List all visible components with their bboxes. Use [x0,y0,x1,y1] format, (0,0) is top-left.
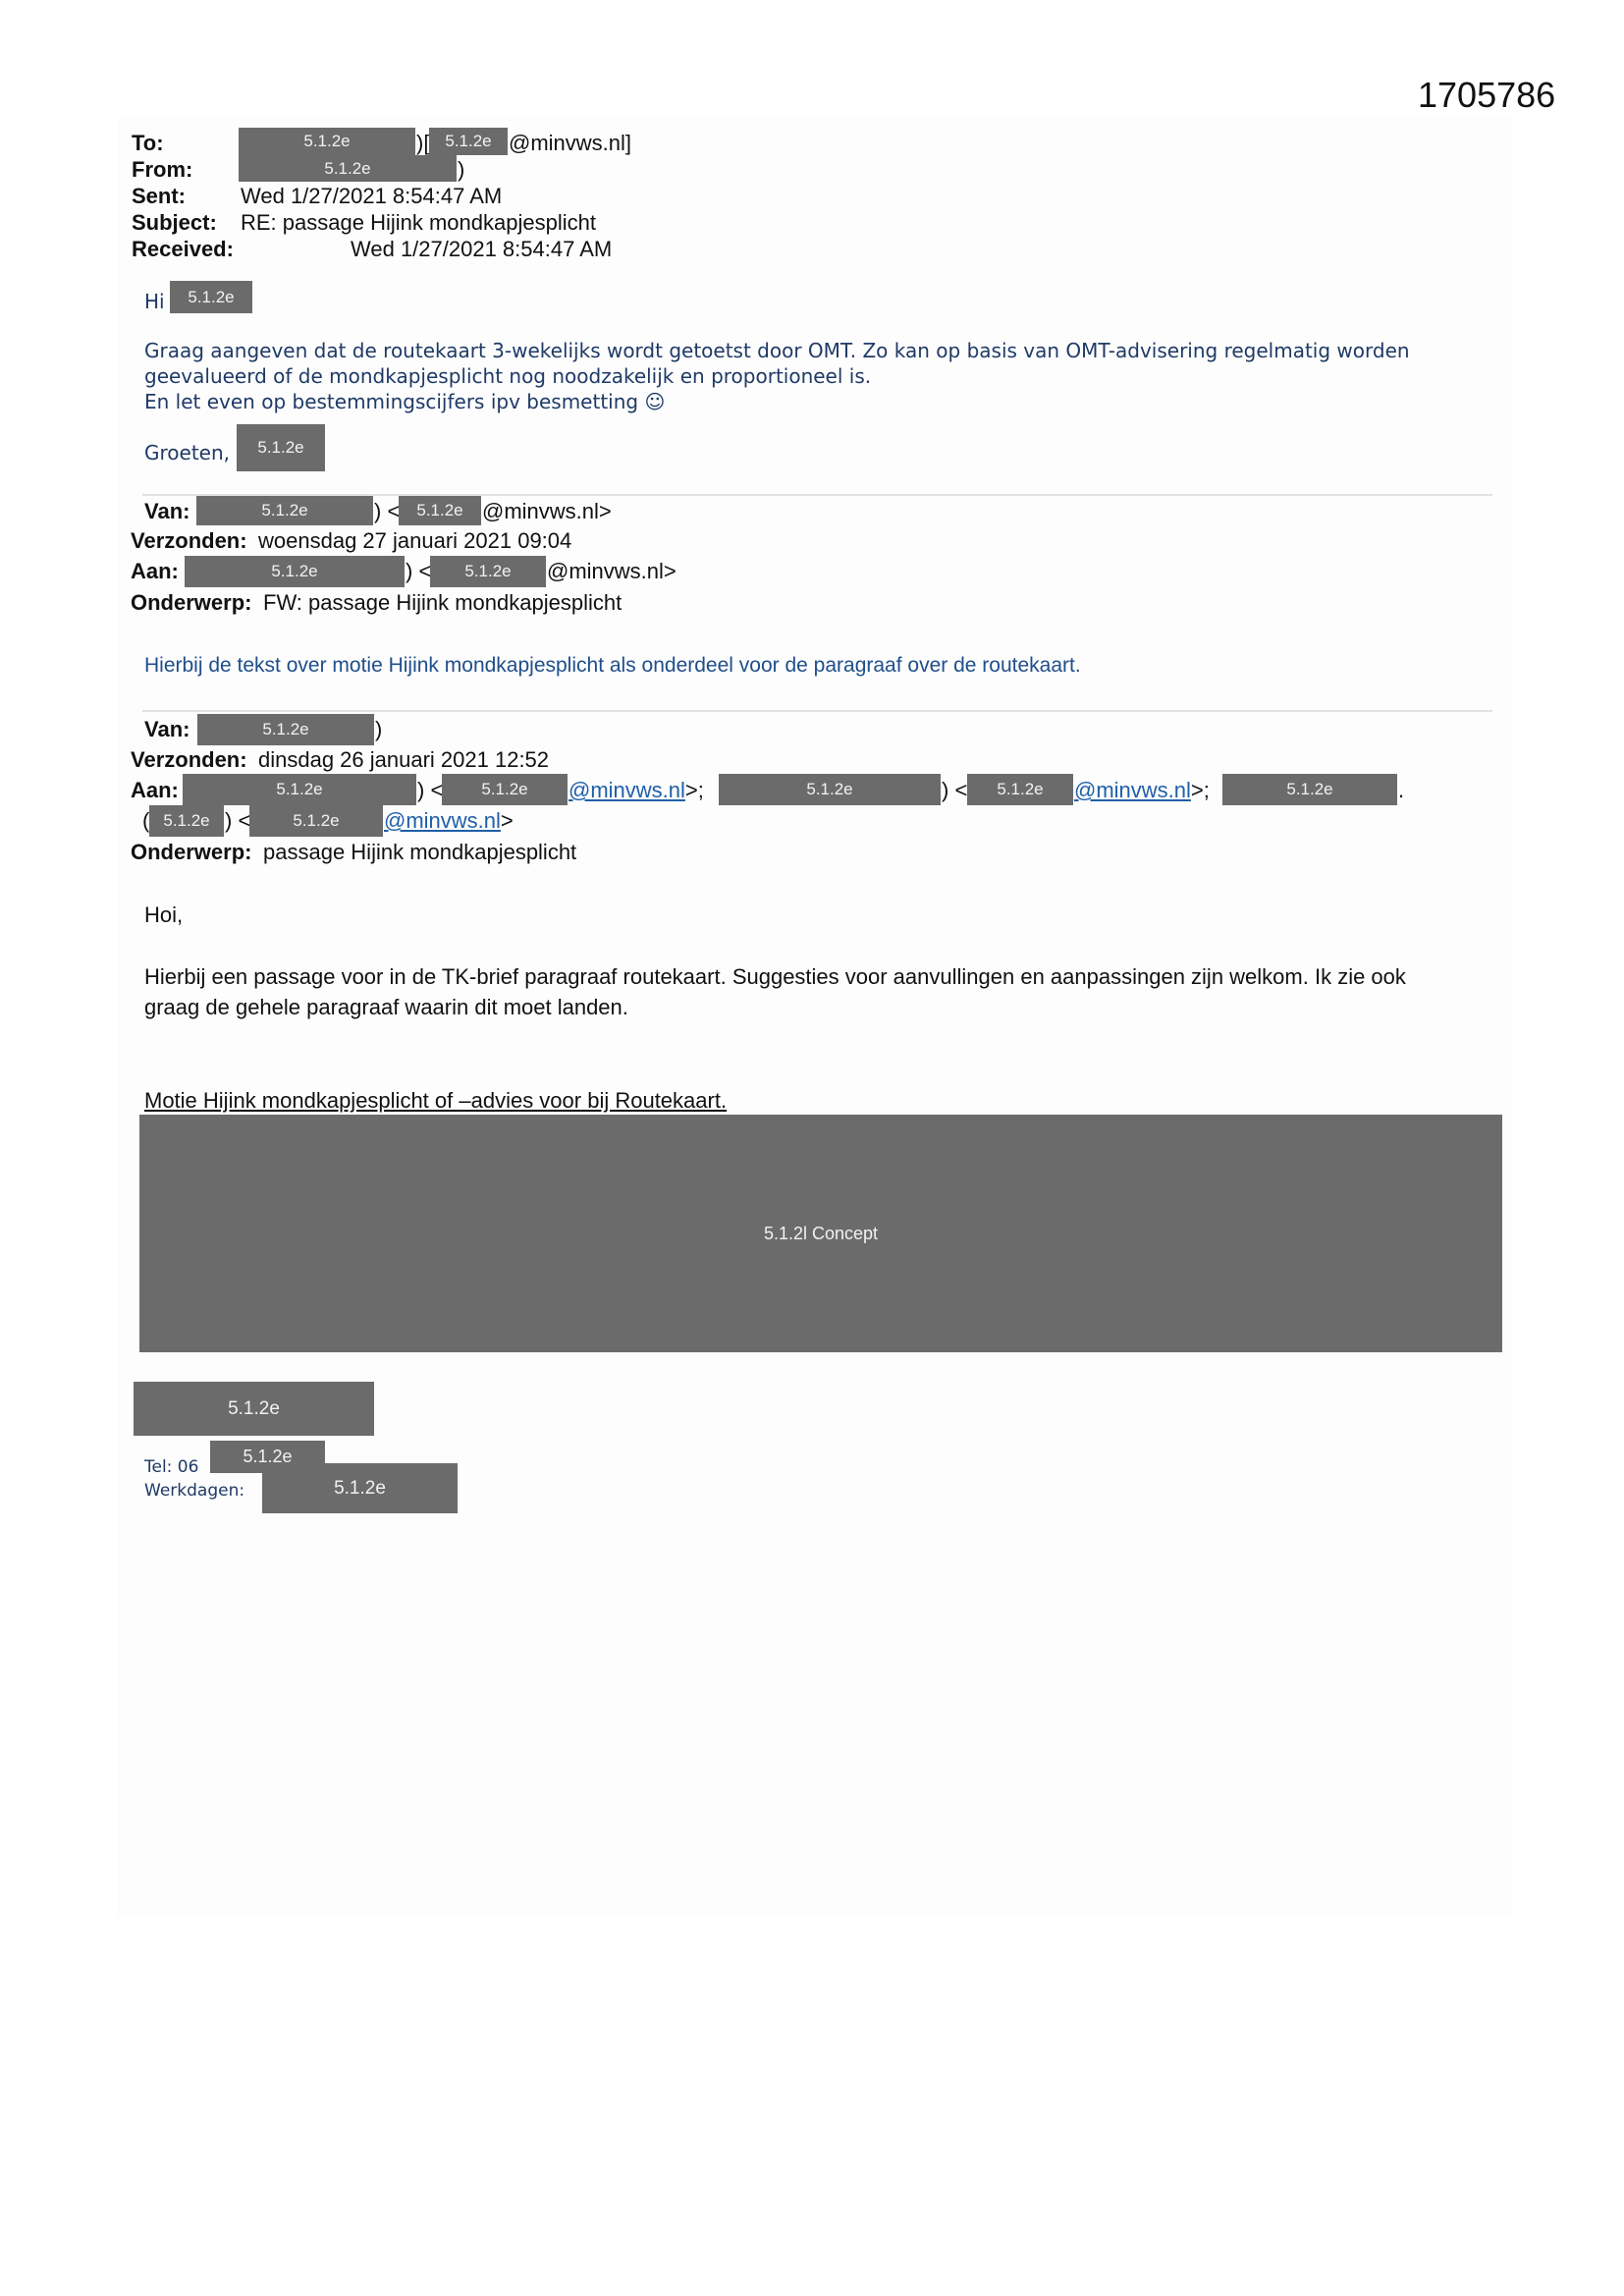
aan-label: Aan: [131,778,179,803]
subject-label: Subject: [132,209,217,236]
verzonden-label: Verzonden: [131,747,247,773]
van-label: Van: [144,499,189,524]
onderwerp-label: Onderwerp: [131,590,251,616]
forward1-body: Hierbij de tekst over motie Hijink mondk… [144,654,1081,678]
passage-heading: Motie Hijink mondkapjesplicht of –advies… [144,1088,727,1114]
forward2-greeting: Hoi, [144,902,183,928]
onderwerp-value: passage Hijink mondkapjesplicht [263,840,576,865]
document-number: 1705786 [1418,75,1555,116]
recipient-2-email[interactable]: @minvws.nl>; [1074,778,1210,803]
redaction-box: 5.1.2e [237,424,325,471]
sent-value: Wed 1/27/2021 8:54:47 AM [241,183,502,209]
onderwerp-value: FW: passage Hijink mondkapjesplicht [263,590,622,616]
redaction-box: 5.1.2e [719,774,941,805]
reply-line-3: En let even op bestemmingscijfers ipv be… [144,389,665,414]
to-domain: @minvws.nl] [509,130,631,156]
sent-label: Sent: [132,183,186,209]
redaction-box: 5.1.2e [430,556,546,587]
to-label: To: [132,130,164,156]
verzonden-label: Verzonden: [131,528,247,554]
reply-closing: Groeten, [144,440,230,465]
aan-separator: ) < [417,778,443,803]
recipient-1-email[interactable]: @minvws.nl>; [568,778,704,803]
aan-separator: ) < [406,559,431,584]
aan-separator: ) < [942,778,967,803]
van-label: Van: [144,717,189,742]
reply-line-1: Graag aangeven dat de routekaart 3-wekel… [144,338,1410,363]
forward2-para-line-1: Hierbij een passage voor in de TK-brief … [144,964,1406,990]
forward2-para-line-2: graag de gehele paragraaf waarin dit moe… [144,995,628,1020]
redaction-box: 5.1.2e [239,155,457,182]
onderwerp-label: Onderwerp: [131,840,251,865]
redaction-box: 5.1.2e [399,496,481,525]
redaction-box: 5.1.2e [197,714,374,745]
van-domain: @minvws.nl> [482,499,612,524]
redaction-box: 5.1.2e [249,805,383,837]
redaction-box: 5.1.2e [967,774,1073,805]
reply-line-2: geevalueerd of de mondkapjesplicht nog n… [144,363,871,389]
concept-redaction-box: 5.1.2l Concept [139,1115,1502,1352]
redaction-box: 5.1.2e [170,281,252,313]
reply-greeting: Hi [144,289,165,314]
received-label: Received: [132,236,234,262]
subject-value: RE: passage Hijink mondkapjesplicht [241,209,596,236]
redaction-box: 5.1.2e [239,128,415,155]
to-separator: )[ [416,130,429,156]
aan-domain: @minvws.nl> [547,559,677,584]
van-separator: ) < [374,499,400,524]
redaction-box: 5.1.2e [442,774,568,805]
redaction-box: 5.1.2e [262,1463,458,1513]
redaction-box: 5.1.2e [429,128,508,155]
aan-separator: ) < [225,808,250,834]
recipient-period: . [1398,778,1404,803]
redaction-box: 5.1.2e [149,805,224,837]
from-label: From: [132,156,192,183]
tel-label: Tel: 06 [144,1457,198,1477]
received-value: Wed 1/27/2021 8:54:47 AM [351,236,612,262]
redaction-box: 5.1.2e [183,774,416,805]
from-suffix: ) [458,156,464,183]
message-divider [142,710,1492,712]
redaction-box: 5.1.2e [196,496,373,525]
redaction-box: 5.1.2e [185,556,405,587]
aan-label: Aan: [131,559,179,584]
signature-name-redaction: 5.1.2e [134,1382,374,1436]
verzonden-value: woensdag 27 januari 2021 09:04 [258,528,571,554]
redaction-box: 5.1.2e [1222,774,1397,805]
van-suffix: ) [375,717,382,742]
recipient-3-email[interactable]: @minvws.nl> [384,808,514,834]
verzonden-value: dinsdag 26 januari 2021 12:52 [258,747,549,773]
werkdagen-label: Werkdagen: [144,1481,244,1501]
